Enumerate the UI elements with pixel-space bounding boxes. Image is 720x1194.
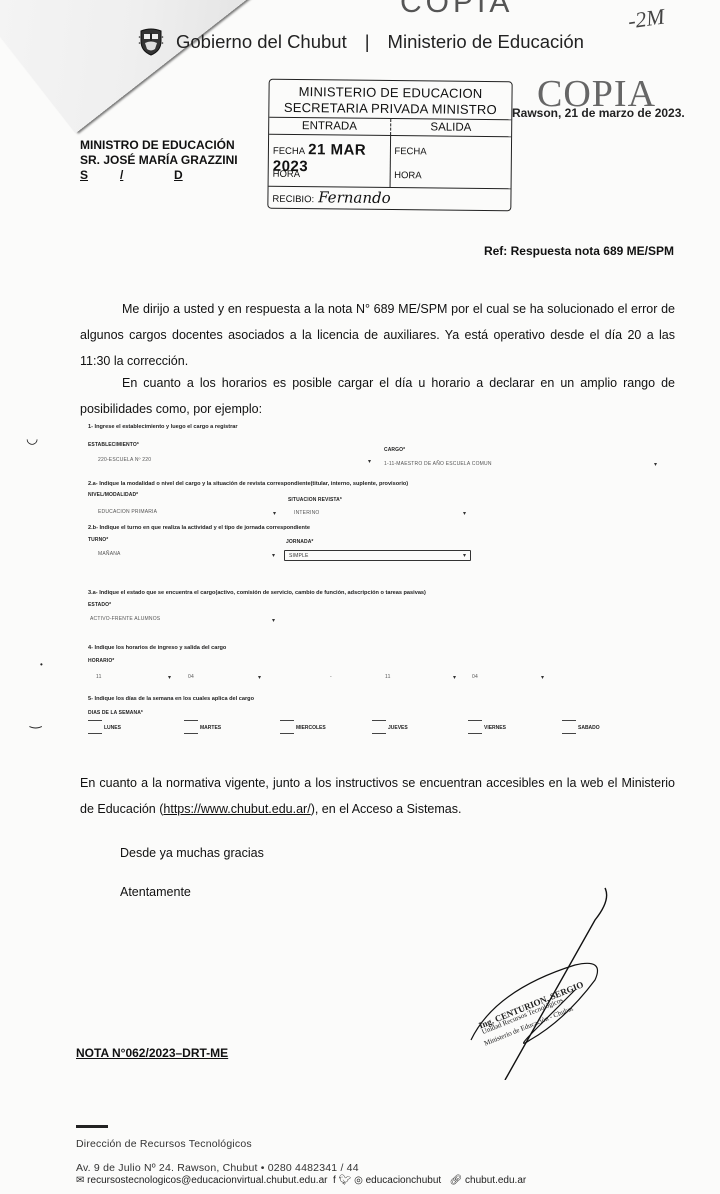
paragraph-3: En cuanto a la normativa vigente, junto … [80,770,675,822]
addressee-sd: S / D [80,168,238,183]
reception-stamp: MINISTERIO DE EDUCACION SECRETARIA PRIVA… [267,79,512,212]
horario-in-hour[interactable]: 11 [96,674,102,680]
day-label: JUEVES [388,725,408,731]
situacion-select[interactable]: INTERINO [294,510,320,516]
form-example: 1- Ingrese el establecimiento y luego el… [88,424,688,744]
footer-social[interactable]: educacionchubut [366,1175,442,1186]
cargo-label: CARGO* [384,447,405,453]
stamp-recibio-signature: Fernando [318,188,391,207]
chevron-down-icon[interactable]: ▾ [258,674,261,681]
horario-separator: - [330,674,332,680]
letterhead: Gobierno del Chubut | Ministerio de Educ… [138,27,584,57]
stamp-hora-right: HORA [394,170,422,181]
reference-line: Ref: Respuesta nota 689 ME/SPM [484,244,674,258]
day-label: MARTES [200,725,221,731]
footer-address: Av. 9 de Julio Nº 24. Rawson, Chubut • 0… [76,1162,359,1174]
chevron-down-icon[interactable]: ▾ [272,617,275,624]
addressee-title: MINISTRO DE EDUCACIÓN [80,138,238,153]
establecimiento-label: ESTABLECIMIENTO* [88,442,139,448]
margin-hole-mark: ‿ [30,712,41,729]
estado-select[interactable]: ACTIVO-FRENTE ALUMNOS [90,616,160,622]
day-checkbox-lunes[interactable] [88,720,102,734]
turno-select[interactable]: MAÑANA [98,551,121,557]
chevron-down-icon[interactable]: ▾ [273,510,276,517]
nota-number: NOTA N°062/2023–DRT-ME [76,1046,228,1060]
form-step-4-title: 4- Indique los horarios de ingreso y sal… [88,645,226,651]
form-step-2a-title: 2.a- Indique la modalidad o nivel del ca… [88,481,408,487]
closing-regards: Atentamente [120,885,191,899]
horario-label: HORARIO* [88,658,114,664]
nivel-label: NIVEL/MODALIDAD* [88,492,138,498]
coat-of-arms-icon [138,27,164,57]
establecimiento-select[interactable]: 220-ESCUELA Nº 220 [98,457,151,463]
handwritten-mark: -2M [626,4,666,35]
stamp-fecha-label: FECHA [273,146,305,157]
paper-fold-shadow [0,0,280,133]
dias-label: DIAS DE LA SEMANA* [88,710,143,716]
stamp-entrada: ENTRADA [269,118,391,135]
chevron-down-icon[interactable]: ▾ [453,674,456,681]
chevron-down-icon[interactable]: ▾ [654,461,657,468]
day-checkbox-jueves[interactable] [372,720,386,734]
stamp-line-2: SECRETARIA PRIVADA MINISTRO [269,100,511,119]
estado-label: ESTADO* [88,602,111,608]
chevron-down-icon[interactable]: ▾ [272,552,275,559]
day-label: SABADO [578,725,600,731]
jornada-label: JORNADA* [286,539,313,545]
form-step-2b-title: 2.b- Indique el turno en que realiza la … [88,525,310,531]
top-cut-stamp: COPIA [400,0,513,20]
chevron-down-icon[interactable]: ▾ [541,674,544,681]
day-checkbox-sabado[interactable] [562,720,576,734]
form-step-3a-title: 3.a- Indique el estado que se encuentra … [88,590,426,596]
stamp-fecha-right: FECHA [394,146,426,157]
link-icon: 🔗︎ [450,1175,463,1186]
horario-out-hour[interactable]: 11 [385,674,391,680]
addressee-block: MINISTRO DE EDUCACIÓN SR. JOSÉ MARÍA GRA… [80,138,238,183]
day-label: MIERCOLES [296,725,326,731]
addressee-name: SR. JOSÉ MARÍA GRAZZINI [80,153,238,168]
turno-label: TURNO* [88,537,108,543]
stamp-recibio-label: RECIBIO: [272,194,314,205]
nivel-select[interactable]: EDUCACION PRIMARIA [98,509,157,515]
day-checkbox-miercoles[interactable] [280,720,294,734]
day-label: LUNES [104,725,121,731]
chevron-down-icon[interactable]: ▾ [168,674,171,681]
ministry-website-link[interactable]: https://www.chubut.edu.ar/ [163,802,310,816]
signature-scrawl-icon [455,880,655,1080]
footer-contacts: ✉ recursostecnologicos@educacionvirtual.… [76,1175,526,1186]
margin-hole-mark: ◡ [26,430,38,447]
footer-department: Dirección de Recursos Tecnológicos [76,1138,252,1150]
stamp-hora-label: HORA [273,169,301,180]
footer-bar [76,1125,108,1128]
footer-website[interactable]: chubut.edu.ar [465,1175,526,1186]
day-checkbox-martes[interactable] [184,720,198,734]
facebook-icon[interactable]: f [333,1175,336,1186]
footer-email[interactable]: recursostecnologicos@educacionvirtual.ch… [87,1175,327,1186]
horario-in-minute[interactable]: 04 [188,674,194,680]
margin-dot: • [40,660,43,669]
paragraph-1: Me dirijo a usted y en respuesta a la no… [80,296,675,374]
day-label: VIERNES [484,725,506,731]
horario-out-minute[interactable]: 04 [472,674,478,680]
twitter-icon[interactable]: 🐦︎ [339,1175,352,1186]
paragraph-2: En cuanto a los horarios es posible carg… [80,370,675,422]
chevron-down-icon[interactable]: ▾ [368,458,371,465]
instagram-icon[interactable]: ◎ [354,1175,363,1186]
mail-icon: ✉ [76,1175,84,1186]
cargo-select[interactable]: 1-11-MAESTRO DE AÑO ESCUELA COMUN [384,461,492,467]
signature: Ing. CENTURION, SERGIO Unidad Recursos T… [455,880,655,1080]
chevron-down-icon: ▾ [463,552,466,559]
chevron-down-icon[interactable]: ▾ [463,510,466,517]
closing-thanks: Desde ya muchas gracias [120,846,264,860]
form-step-5-title: 5- Indique los días de la semana en los … [88,696,254,702]
header-separator: | [365,31,370,53]
situacion-label: SITUACION REVISTA* [288,497,342,503]
stamp-salida: SALIDA [391,119,512,136]
ministry-name: Ministerio de Educación [388,31,584,53]
jornada-select[interactable]: SIMPLE ▾ [284,550,471,561]
date-line: Rawson, 21 de marzo de 2023. [512,106,685,120]
day-checkbox-viernes[interactable] [468,720,482,734]
org-name: Gobierno del Chubut [176,31,347,53]
form-step-1-title: 1- Ingrese el establecimiento y luego el… [88,424,238,430]
